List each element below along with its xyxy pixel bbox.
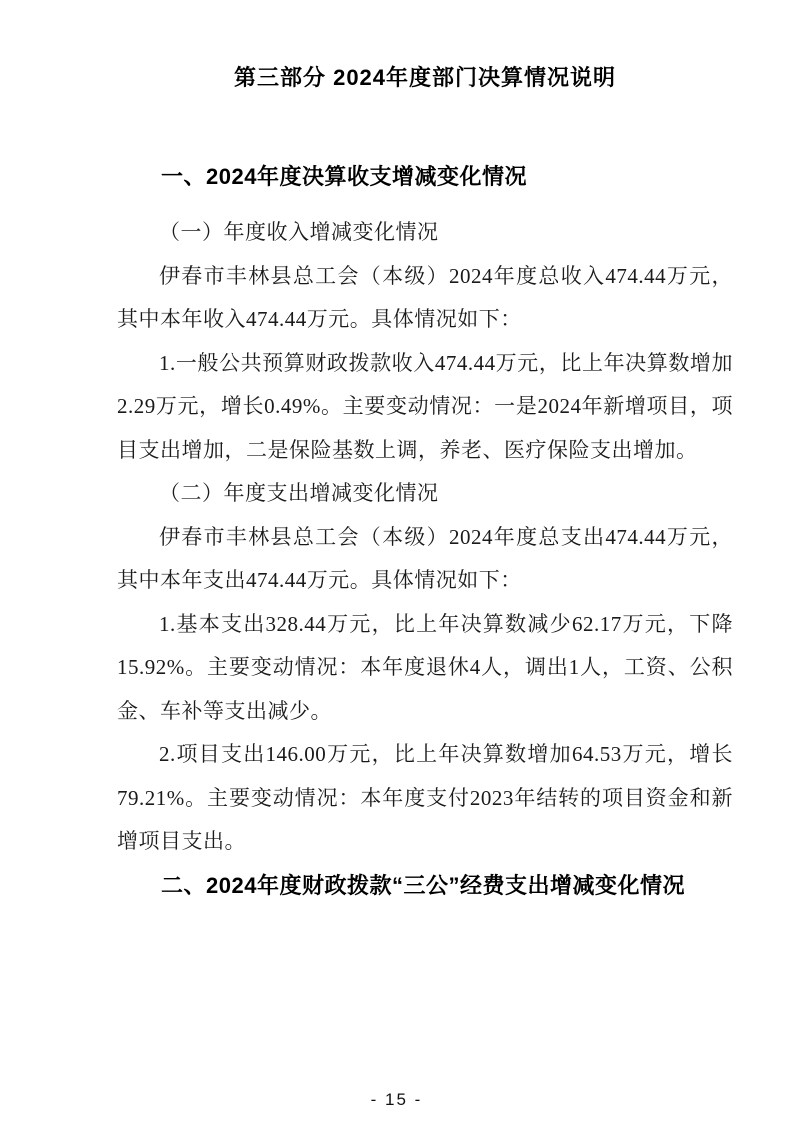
body-paragraph-project-expenditure: 2.项目支出146.00万元，比上年决算数增加64.53万元，增长79.21%。… — [117, 733, 733, 864]
document-page: 第三部分 2024年度部门决算情况说明 一、2024年度决算收支增减变化情况 （… — [0, 0, 793, 1122]
document-title: 第三部分 2024年度部门决算情况说明 — [117, 0, 733, 94]
page-number: - 15 - — [0, 1090, 793, 1110]
subsection-heading-income: （一）年度收入增减变化情况 — [117, 211, 733, 255]
body-paragraph-total-expenditure: 伊春市丰林县总工会（本级）2024年度总支出474.44万元，其中本年支出474… — [117, 516, 733, 603]
body-paragraph-total-income: 伊春市丰林县总工会（本级）2024年度总收入474.44万元，其中本年收入474… — [117, 255, 733, 342]
body-paragraph-income-detail: 1.一般公共预算财政拨款收入474.44万元，比上年决算数增加2.29万元，增长… — [117, 342, 733, 473]
section-heading-1: 一、2024年度决算收支增减变化情况 — [117, 155, 733, 199]
section-heading-2: 二、2024年度财政拨款“三公”经费支出增减变化情况 — [117, 864, 733, 908]
body-paragraph-basic-expenditure: 1.基本支出328.44万元，比上年决算数减少62.17万元，下降15.92%。… — [117, 603, 733, 734]
subsection-heading-expenditure: （二）年度支出增减变化情况 — [117, 472, 733, 516]
document-content: 第三部分 2024年度部门决算情况说明 一、2024年度决算收支增减变化情况 （… — [0, 0, 793, 908]
